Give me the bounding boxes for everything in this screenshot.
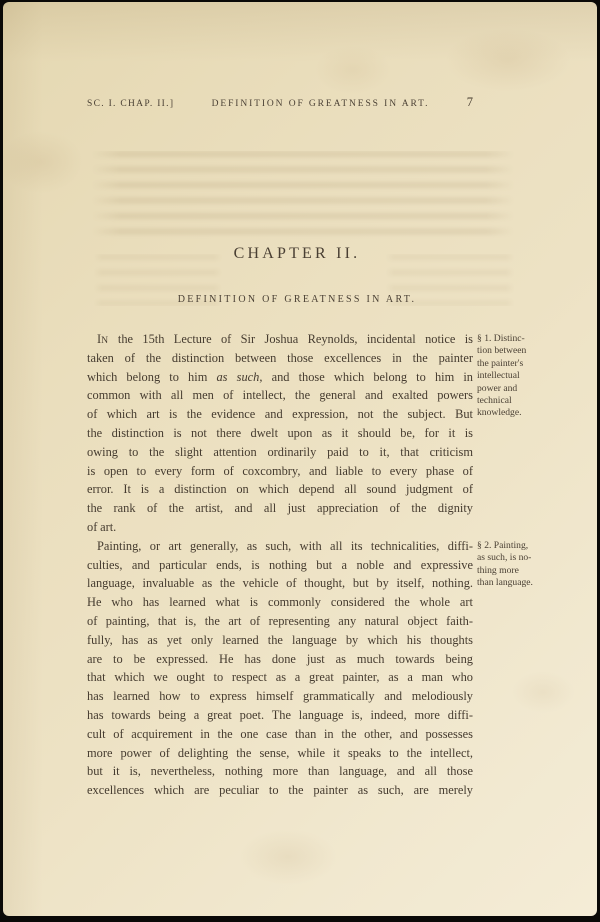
body-line: language, invaluable as the vehicle of t… bbox=[87, 574, 473, 593]
body-line: is open to every form of coxcombry, and … bbox=[87, 462, 473, 481]
body-line: that which we ought to respect as a grea… bbox=[87, 668, 473, 687]
body-line: IN the 15th Lecture of Sir Joshua Reynol… bbox=[87, 330, 473, 349]
body-line: of art. bbox=[87, 518, 473, 537]
margin-note: § 2. Painting,as such, is no-thing moret… bbox=[477, 540, 593, 590]
margin-note-line: thing more bbox=[477, 565, 593, 577]
margin-note-line: tion between bbox=[477, 345, 593, 357]
body-line: culties, and particular ends, is nothing… bbox=[87, 556, 473, 575]
book-page: SC. I. CHAP. II.] DEFINITION OF GREATNES… bbox=[3, 2, 597, 916]
body-line: fully, has as yet only learned the langu… bbox=[87, 631, 473, 650]
scan-border: SC. I. CHAP. II.] DEFINITION OF GREATNES… bbox=[0, 0, 600, 922]
body-line: has towards being a great poet. The lang… bbox=[87, 706, 473, 725]
body-line: He who has learned what is commonly cons… bbox=[87, 593, 473, 612]
chapter-subtitle: DEFINITION OF GREATNESS IN ART. bbox=[87, 294, 507, 305]
margin-note-line: § 2. Painting, bbox=[477, 540, 593, 552]
body-line: owing to the slight attention ordinarily… bbox=[87, 443, 473, 462]
running-head-title: DEFINITION OF GREATNESS IN ART. bbox=[174, 99, 466, 109]
margin-note-line: than language. bbox=[477, 577, 593, 589]
body-line: more power of delighting the sense, whil… bbox=[87, 744, 473, 763]
text-block: IN the 15th Lecture of Sir Joshua Reynol… bbox=[87, 330, 473, 800]
body-line: the distinction is not there dwelt upon … bbox=[87, 424, 473, 443]
running-head-section: SC. I. CHAP. II.] bbox=[87, 99, 174, 109]
paragraph: IN the 15th Lecture of Sir Joshua Reynol… bbox=[87, 330, 473, 537]
margin-note-line: technical bbox=[477, 395, 593, 407]
body-line: but it is, nevertheless, nothing more th… bbox=[87, 762, 473, 781]
body-line: the rank of the artist, and all just app… bbox=[87, 499, 473, 518]
body-line: cult of acquirement in the one case than… bbox=[87, 725, 473, 744]
body-line: has learned how to express himself gramm… bbox=[87, 687, 473, 706]
body-line: taken of the distinction between those e… bbox=[87, 349, 473, 368]
body-line: of painting, that is, the art of represe… bbox=[87, 612, 473, 631]
scanned-book-page: { "colors": { "paper": "#ebe0c0", "paper… bbox=[0, 0, 600, 922]
body-line: which belong to him as such, and those w… bbox=[87, 368, 473, 387]
body-line: common with all men of intellect, the ge… bbox=[87, 386, 473, 405]
body-line: of which art is the evidence and express… bbox=[87, 405, 473, 424]
margin-note-line: intellectual bbox=[477, 370, 593, 382]
body-line: error. It is a distinction on which depe… bbox=[87, 480, 473, 499]
margin-note-line: power and bbox=[477, 383, 593, 395]
margin-note-line: § 1. Distinc- bbox=[477, 333, 593, 345]
margin-note-line: as such, is no- bbox=[477, 552, 593, 564]
paragraph: Painting, or art generally, as such, wit… bbox=[87, 537, 473, 800]
margin-note-line: knowledge. bbox=[477, 407, 593, 419]
running-head: SC. I. CHAP. II.] DEFINITION OF GREATNES… bbox=[87, 95, 473, 110]
chapter-title: CHAPTER II. bbox=[87, 245, 507, 263]
body-line: are to be expressed. He has done just as… bbox=[87, 650, 473, 669]
margin-note: § 1. Distinc-tion betweenthe painter'sin… bbox=[477, 333, 593, 420]
margin-note-line: the painter's bbox=[477, 358, 593, 370]
bleed-through-texture bbox=[91, 151, 515, 240]
body-line: Painting, or art generally, as such, wit… bbox=[87, 537, 473, 556]
body-line: excellences which are peculiar to the pa… bbox=[87, 781, 473, 800]
page-number: 7 bbox=[467, 95, 473, 110]
